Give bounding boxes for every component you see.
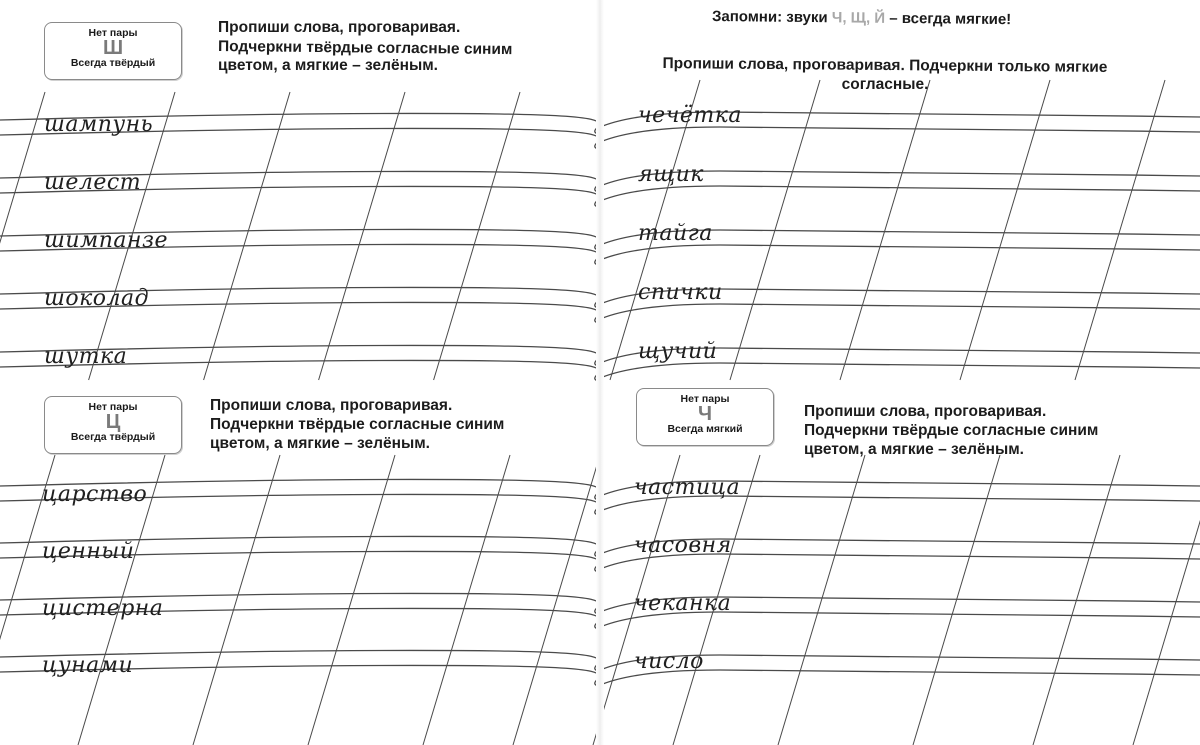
instruction-line: Подчеркни твёрдые согласные синим (804, 421, 1098, 440)
sample-word: щучий (638, 339, 717, 364)
instruction-line: цветом, а мягкие – зелёным. (804, 440, 1098, 459)
remember-prefix: Запомни: звуки (712, 8, 832, 26)
instruction-line: согласные. (605, 75, 1165, 94)
remember-suffix: – всегда мягкие! (885, 10, 1011, 28)
instruction-text: Пропиши слова, проговаривая. Подчеркни т… (218, 18, 512, 75)
letter-badge-ch: Нет пары Ч Всегда мягкий (636, 388, 774, 446)
sample-word: спички (638, 280, 723, 305)
instruction-line: Подчеркни твёрдые согласные синим (218, 37, 513, 59)
instruction-line: Подчеркни твёрдые согласные синим (210, 415, 504, 434)
sample-word: тайга (638, 221, 713, 246)
remember-note: Запомни: звуки Ч, Щ, Й – всегда мягкие! (712, 8, 1011, 28)
badge-letter: Ц (45, 413, 181, 431)
sample-word: чеканка (634, 591, 731, 616)
sample-word: ценный (42, 539, 134, 564)
instruction-line: цветом, а мягкие – зелёным. (210, 434, 504, 453)
sample-word: чечётка (638, 103, 742, 128)
sample-word: шоколад (44, 286, 149, 311)
sample-word: цунами (42, 653, 133, 678)
instruction-line: Пропиши слова, проговаривая. (804, 402, 1098, 421)
letter-badge-sh: Нет пары Ш Всегда твёрдый (44, 22, 182, 80)
sample-word: число (634, 649, 704, 674)
badge-letter: Ш (45, 39, 181, 57)
instruction-line: Пропиши слова, проговаривая. (210, 396, 504, 415)
page-gutter (596, 0, 604, 745)
sample-word: шимпанзе (44, 228, 168, 253)
badge-bottom-label: Всегда твёрдый (45, 57, 181, 69)
sample-word: шелест (44, 170, 141, 195)
instruction-text: Пропиши слова, проговаривая. Подчеркни т… (210, 396, 504, 453)
sample-word: царство (42, 482, 147, 507)
instruction-line: Пропиши слова, проговаривая. Подчеркни т… (605, 54, 1165, 78)
sample-word: ящик (638, 162, 704, 187)
sample-word: шампунь (44, 112, 153, 137)
sample-word: часовня (634, 533, 732, 558)
remember-highlight: Ч, Щ, Й (832, 9, 885, 27)
instruction-line: Пропиши слова, проговаривая. (218, 18, 512, 37)
instruction-text: Пропиши слова, проговаривая. Подчеркни т… (605, 56, 1165, 94)
letter-badge-ts: Нет пары Ц Всегда твёрдый (44, 396, 182, 454)
badge-letter: Ч (637, 405, 773, 423)
sample-word: цистерна (42, 596, 163, 621)
badge-bottom-label: Всегда твёрдый (45, 431, 181, 443)
instruction-line: цветом, а мягкие – зелёным. (218, 56, 512, 75)
sample-word: частица (634, 475, 740, 500)
badge-bottom-label: Всегда мягкий (637, 423, 773, 435)
instruction-text: Пропиши слова, проговаривая. Подчеркни т… (804, 402, 1098, 459)
sample-word: шутка (44, 344, 127, 369)
